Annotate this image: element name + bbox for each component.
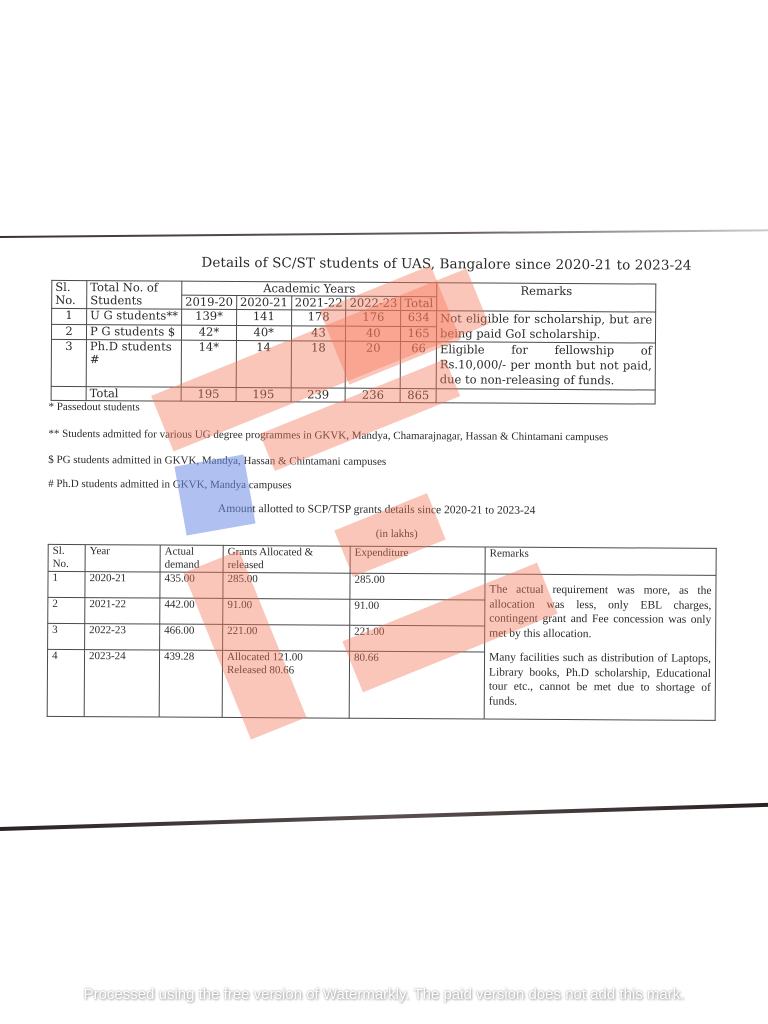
remark-ug-pg: Not eligible for scholarship, but are be… — [437, 311, 656, 343]
header-sl-no: Sl. No. — [48, 544, 85, 571]
header-total-students: Total No. of Students — [87, 281, 182, 310]
table-row: 3 Ph.D students # 14* 14 18 20 66 Eligib… — [51, 339, 655, 390]
table-row: 1 2020-21 435.00 285.00 285.00 The actua… — [48, 571, 716, 601]
header-year: 2020-21 — [236, 295, 291, 309]
watermark-text: Processed using the free version of Wate… — [0, 986, 768, 1003]
header-sl-no: Sl. No. — [52, 280, 87, 308]
total-row: Total 195 195 239 236 865 — [51, 386, 655, 404]
grants-unit-label: (in lakhs) — [376, 528, 418, 540]
students-table: Sl. No. Total No. of Students Academic Y… — [51, 280, 657, 405]
remark-phd: Eligible for fellowship of Rs.10,000/- p… — [436, 342, 655, 390]
header-remarks: Remarks — [485, 547, 716, 575]
footnote: ** Students admitted for various UG degr… — [48, 428, 608, 443]
footnote: * Passedout students — [49, 401, 140, 414]
header-year: 2021-22 — [291, 296, 346, 310]
footnote: $ PG students admitted in GKVK, Mandya, … — [48, 454, 386, 468]
footnote: # Ph.D students admitted in GKVK, Mandya… — [48, 478, 292, 491]
header-year: 2019-20 — [182, 295, 237, 309]
header-expenditure: Expenditure — [350, 546, 485, 574]
header-remarks: Remarks — [437, 283, 656, 312]
header-actual-demand: Actual demand — [160, 545, 223, 572]
header-year: Year — [85, 545, 160, 572]
header-year: 2022-23 — [346, 296, 401, 310]
grants-table-title: Amount allotted to SCP/TSP grants detail… — [218, 503, 535, 517]
grants-remarks: The actual requirement was more, as the … — [484, 574, 716, 720]
scanned-document: Details of SC/ST students of UAS, Bangal… — [0, 0, 768, 1024]
students-table-title: Details of SC/ST students of UAS, Bangal… — [201, 255, 691, 274]
header-total: Total — [401, 297, 437, 311]
header-grants: Grants Allocated & released — [223, 545, 350, 573]
grants-table: Sl. No. Year Actual demand Grants Alloca… — [47, 544, 717, 721]
